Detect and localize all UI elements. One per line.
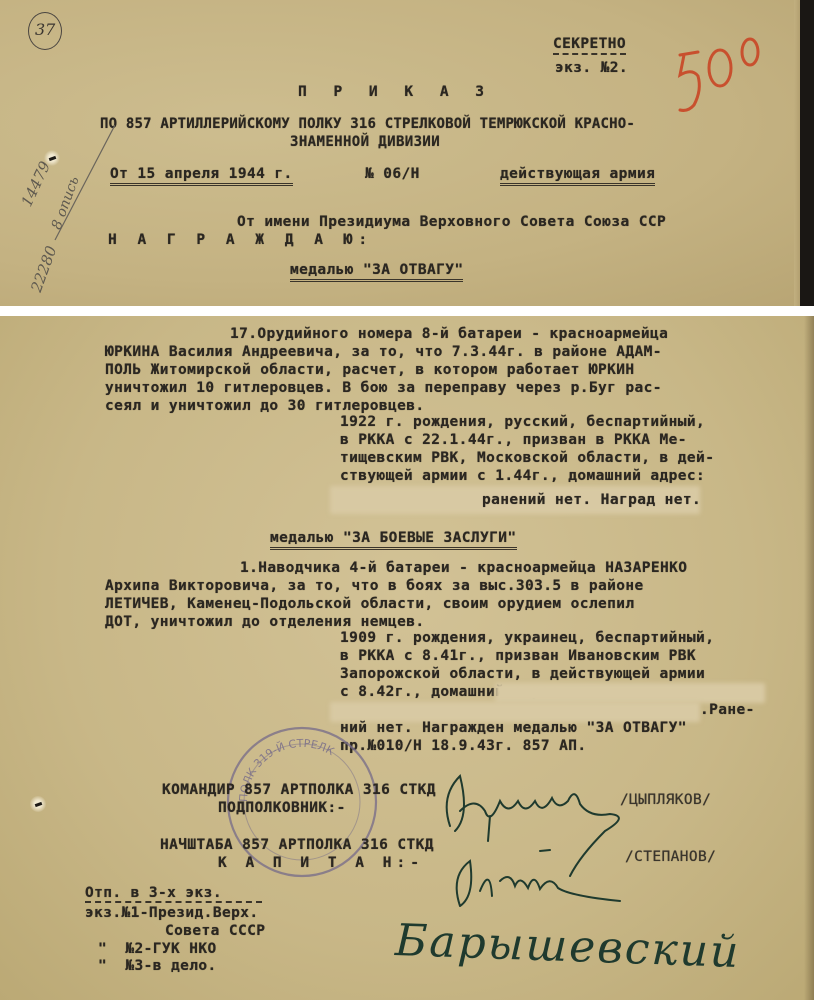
folio-number: 37 [35,20,55,39]
order-location: действующая армия [500,166,655,186]
order-title-line2: ЗНАМЕННОЙ ДИВИЗИИ [290,134,440,150]
award1-bio-line: в РККА с 22.1.44г., призван в РККА Ме- [340,432,687,448]
award2-line: 1.Наводчика 4-й батареи - красноармейца … [240,560,687,576]
award1-bio-line: тищевским РВК, Московской области, в дей… [340,450,714,466]
award2-bio-line: в РККА с 8.41г., призван Ивановским РВК [340,648,696,664]
order-date: От 15 апреля 1944 г. [110,166,293,186]
award2-line: ЛЕТИЧЕВ, Каменец-Подольской области, сво… [105,596,635,612]
award2-bio-last1: ний нет. Награжден медалью "ЗА ОТВАГУ" [340,720,687,736]
order-body-sheet: 17.Орудийного номера 8-й батареи - красн… [0,316,814,1000]
order-header-sheet: 37 СЕКРЕТНО экз. №2. 500 П Р И К А З ПО … [0,0,814,306]
award1-bio-line: 1922 г. рождения, русский, беспартийный, [340,414,705,430]
redacted-address-2b [330,702,700,722]
award1-line: ПОЛЬ Житомирской области, расчет, в кото… [105,362,635,378]
award-verb: Н А Г Р А Ж Д А Ю: [108,232,373,248]
commander-title: КОМАНДИР 857 АРТПОЛКА 316 СТКД [162,782,436,798]
award1-bio-last: ранений нет. Наград нет. [482,492,701,508]
award2-bio-line: 1909 г. рождения, украинец, беспартийный… [340,630,714,646]
chief-of-staff-title: НАЧШТАБА 857 АРТПОЛКА 316 СТКД [160,837,434,853]
copy-number: экз. №2. [555,60,628,76]
award1-bio-line: ствующей армии с 1.44г., домашний адрес: [340,468,705,484]
order-title-line1: ПО 857 АРТИЛЛЕРИЙСКОМУ ПОЛКУ 316 СТРЕЛКО… [100,116,635,132]
award1-heading: медалью "ЗА ОТВАГУ" [290,262,463,282]
red-pencil-note [670,30,770,120]
award1-line: уничтожил 10 гитлеровцев. В бою за переп… [105,380,662,396]
award2-line: Архипа Викторовича, за то, что в боях за… [105,578,644,594]
document-type: П Р И К А З [298,84,493,100]
award2-line: ДОТ, уничтожил до отделения немцев. [105,614,425,630]
binding-hole [30,796,46,812]
commander-rank-text: ПОДПОЛКОВНИК:- [218,800,346,816]
distribution-line: Совета СССР [165,923,265,939]
award2-bio-tail: .Ране- [700,702,755,718]
scan-background-edge [800,0,814,306]
distribution-line: экз.№1-Презид.Верх. [85,905,258,921]
distribution-line: " №3-в дело. [98,958,217,974]
award1-line: 17.Орудийного номера 8-й батареи - красн… [230,326,668,342]
distribution-header: Отп. в 3-х экз. [85,885,262,903]
award1-line: ЮРКИНА Василия Андреевича, за то, что 7.… [105,344,662,360]
award1-line: сеял и уничтожил до 30 гитлеровцев. [105,398,425,414]
signature-ink [430,756,650,916]
award2-bio-line: Запорожской области, в действующей армии [340,666,705,682]
chief-of-staff-rank: К А П И Т А Н:- [218,855,424,871]
authority-line: От имени Президиума Верховного Совета Со… [237,214,666,230]
redacted-address-2a [495,683,765,703]
classification-label: СЕКРЕТНО [553,36,626,55]
award2-heading: медалью "ЗА БОЕВЫЕ ЗАСЛУГИ" [270,530,517,550]
distribution-line: " №2-ГУК НКО [98,941,217,957]
order-number: № 06/Н [365,166,420,182]
binding-hole [44,150,60,166]
page-shadow [804,316,814,1000]
typist-handwritten-name: Барышевский [394,915,741,978]
